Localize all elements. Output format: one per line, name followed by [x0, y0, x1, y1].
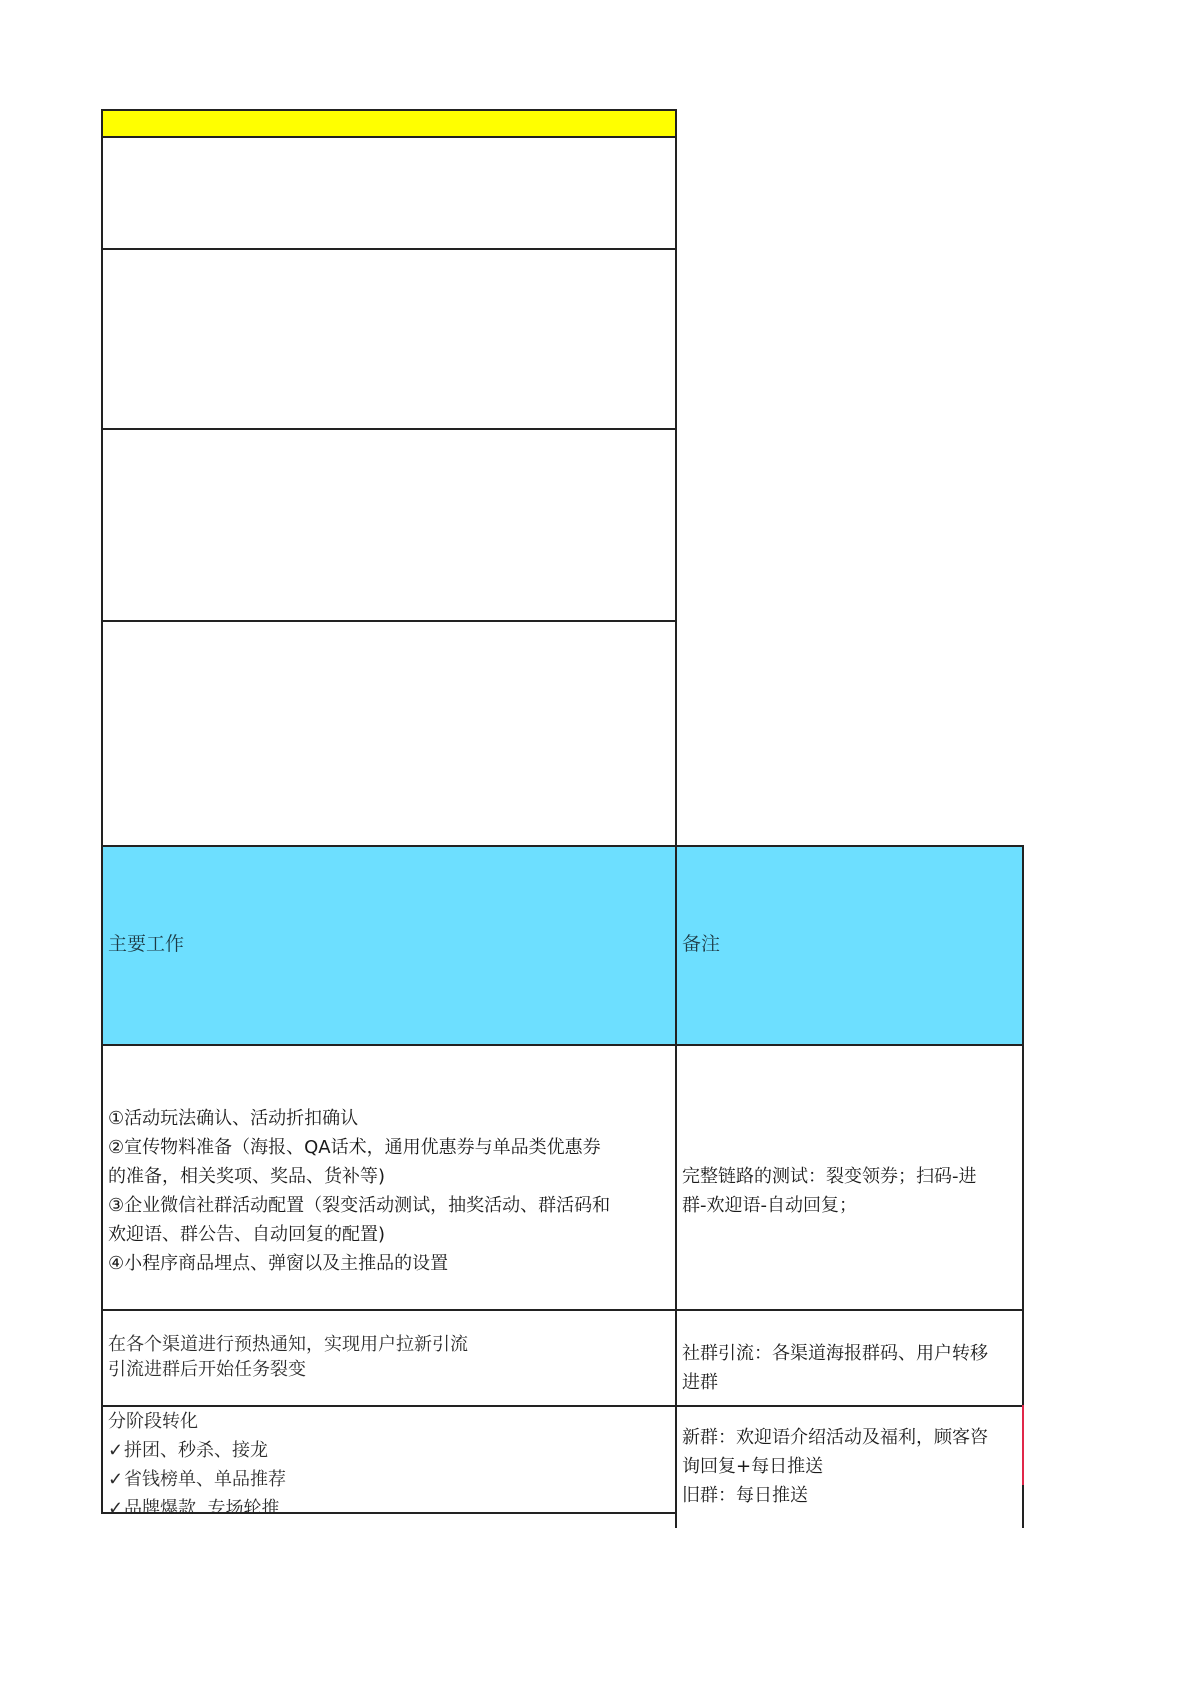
grid-line: [101, 109, 677, 111]
row1-line-2: ②宣传物料准备（海报、QA话术，通用优惠券与单品类优惠券: [108, 1133, 610, 1162]
row2-remark-line-1: 社群引流：各渠道海报群码、用户转移: [682, 1339, 988, 1368]
row3-check-label-1: 拼团、秒杀、接龙: [124, 1440, 268, 1461]
empty-cell-1[interactable]: [102, 138, 675, 249]
row3-title: 分阶段转化: [108, 1407, 198, 1436]
check-icon: ✓: [108, 1436, 122, 1465]
row1-main-work: ①活动玩法确认、活动折扣确认 ②宣传物料准备（海报、QA话术，通用优惠券与单品类…: [108, 1104, 610, 1278]
row2-remarks: 社群引流：各渠道海报群码、用户转移 进群: [682, 1339, 988, 1397]
row1-remark-line-1: 完整链路的测试：裂变领券；扫码-进: [682, 1162, 977, 1191]
grid-line: [101, 1044, 1024, 1046]
title-row-cell[interactable]: [102, 110, 675, 137]
header-main-work: 主要工作: [108, 930, 184, 959]
row3-main-work: 分阶段转化 ✓拼团、秒杀、接龙 ✓省钱榜单、单品推荐 ✓品牌爆款 专场轮推: [104, 1407, 664, 1512]
header-cell-remarks[interactable]: [675, 846, 1022, 1045]
empty-cell-3[interactable]: [102, 430, 675, 621]
row1-line-3: 的准备，相关奖项、奖品、货补等): [108, 1162, 610, 1191]
empty-cell-4[interactable]: [102, 622, 675, 845]
grid-line: [101, 248, 677, 250]
row2-line-1: 在各个渠道进行预热通知，实现用户拉新引流: [108, 1332, 468, 1357]
row3-remark-line-3: 旧群：每日推送: [682, 1481, 808, 1510]
grid-line: [101, 620, 677, 622]
row3-check-item-1: ✓拼团、秒杀、接龙: [108, 1436, 268, 1465]
row1-line-5: 欢迎语、群公告、自动回复的配置): [108, 1220, 610, 1249]
grid-line: [101, 136, 677, 138]
check-icon: ✓: [108, 1494, 122, 1512]
empty-cell-2[interactable]: [102, 250, 675, 429]
grid-line: [101, 428, 677, 430]
row1-line-4: ③企业微信社群活动配置（裂变活动测试，抽奖活动、群活码和: [108, 1191, 610, 1220]
header-remarks: 备注: [682, 930, 720, 959]
grid-line: [101, 109, 103, 1514]
row3-check-item-2: ✓省钱榜单、单品推荐: [108, 1465, 286, 1494]
grid-line: [101, 845, 1024, 847]
row3-remark-line-1: 新群：欢迎语介绍活动及福利，顾客咨: [682, 1423, 988, 1452]
row1-line-6: ④小程序商品埋点、弹窗以及主推品的设置: [108, 1249, 610, 1278]
row2-remark-line-2: 进群: [682, 1368, 988, 1397]
row1-remarks: 完整链路的测试：裂变领券；扫码-进 群-欢迎语-自动回复；: [682, 1162, 977, 1220]
header-cell-main-work[interactable]: [102, 846, 675, 1045]
row3-check-item-3: ✓品牌爆款 专场轮推: [108, 1494, 279, 1512]
row3-check-label-2: 省钱榜单、单品推荐: [124, 1469, 286, 1490]
row3-check-label-3: 品牌爆款 专场轮推: [124, 1498, 279, 1512]
selection-border-highlight: [1022, 1405, 1024, 1485]
grid-line: [101, 1309, 1024, 1311]
grid-line: [101, 1405, 1024, 1407]
row3-remarks: 新群：欢迎语介绍活动及福利，顾客咨 询回复+每日推送 旧群：每日推送: [677, 1408, 1020, 1525]
grid-line: [675, 109, 677, 1528]
row1-line-1: ①活动玩法确认、活动折扣确认: [108, 1104, 610, 1133]
row1-remark-line-2: 群-欢迎语-自动回复；: [682, 1191, 977, 1220]
row2-main-work: 在各个渠道进行预热通知，实现用户拉新引流 引流进群后开始任务裂变: [108, 1332, 468, 1382]
row3-remark-line-2: 询回复+每日推送: [682, 1452, 823, 1481]
grid-line: [101, 1512, 677, 1514]
check-icon: ✓: [108, 1465, 122, 1494]
row2-line-2: 引流进群后开始任务裂变: [108, 1357, 468, 1382]
